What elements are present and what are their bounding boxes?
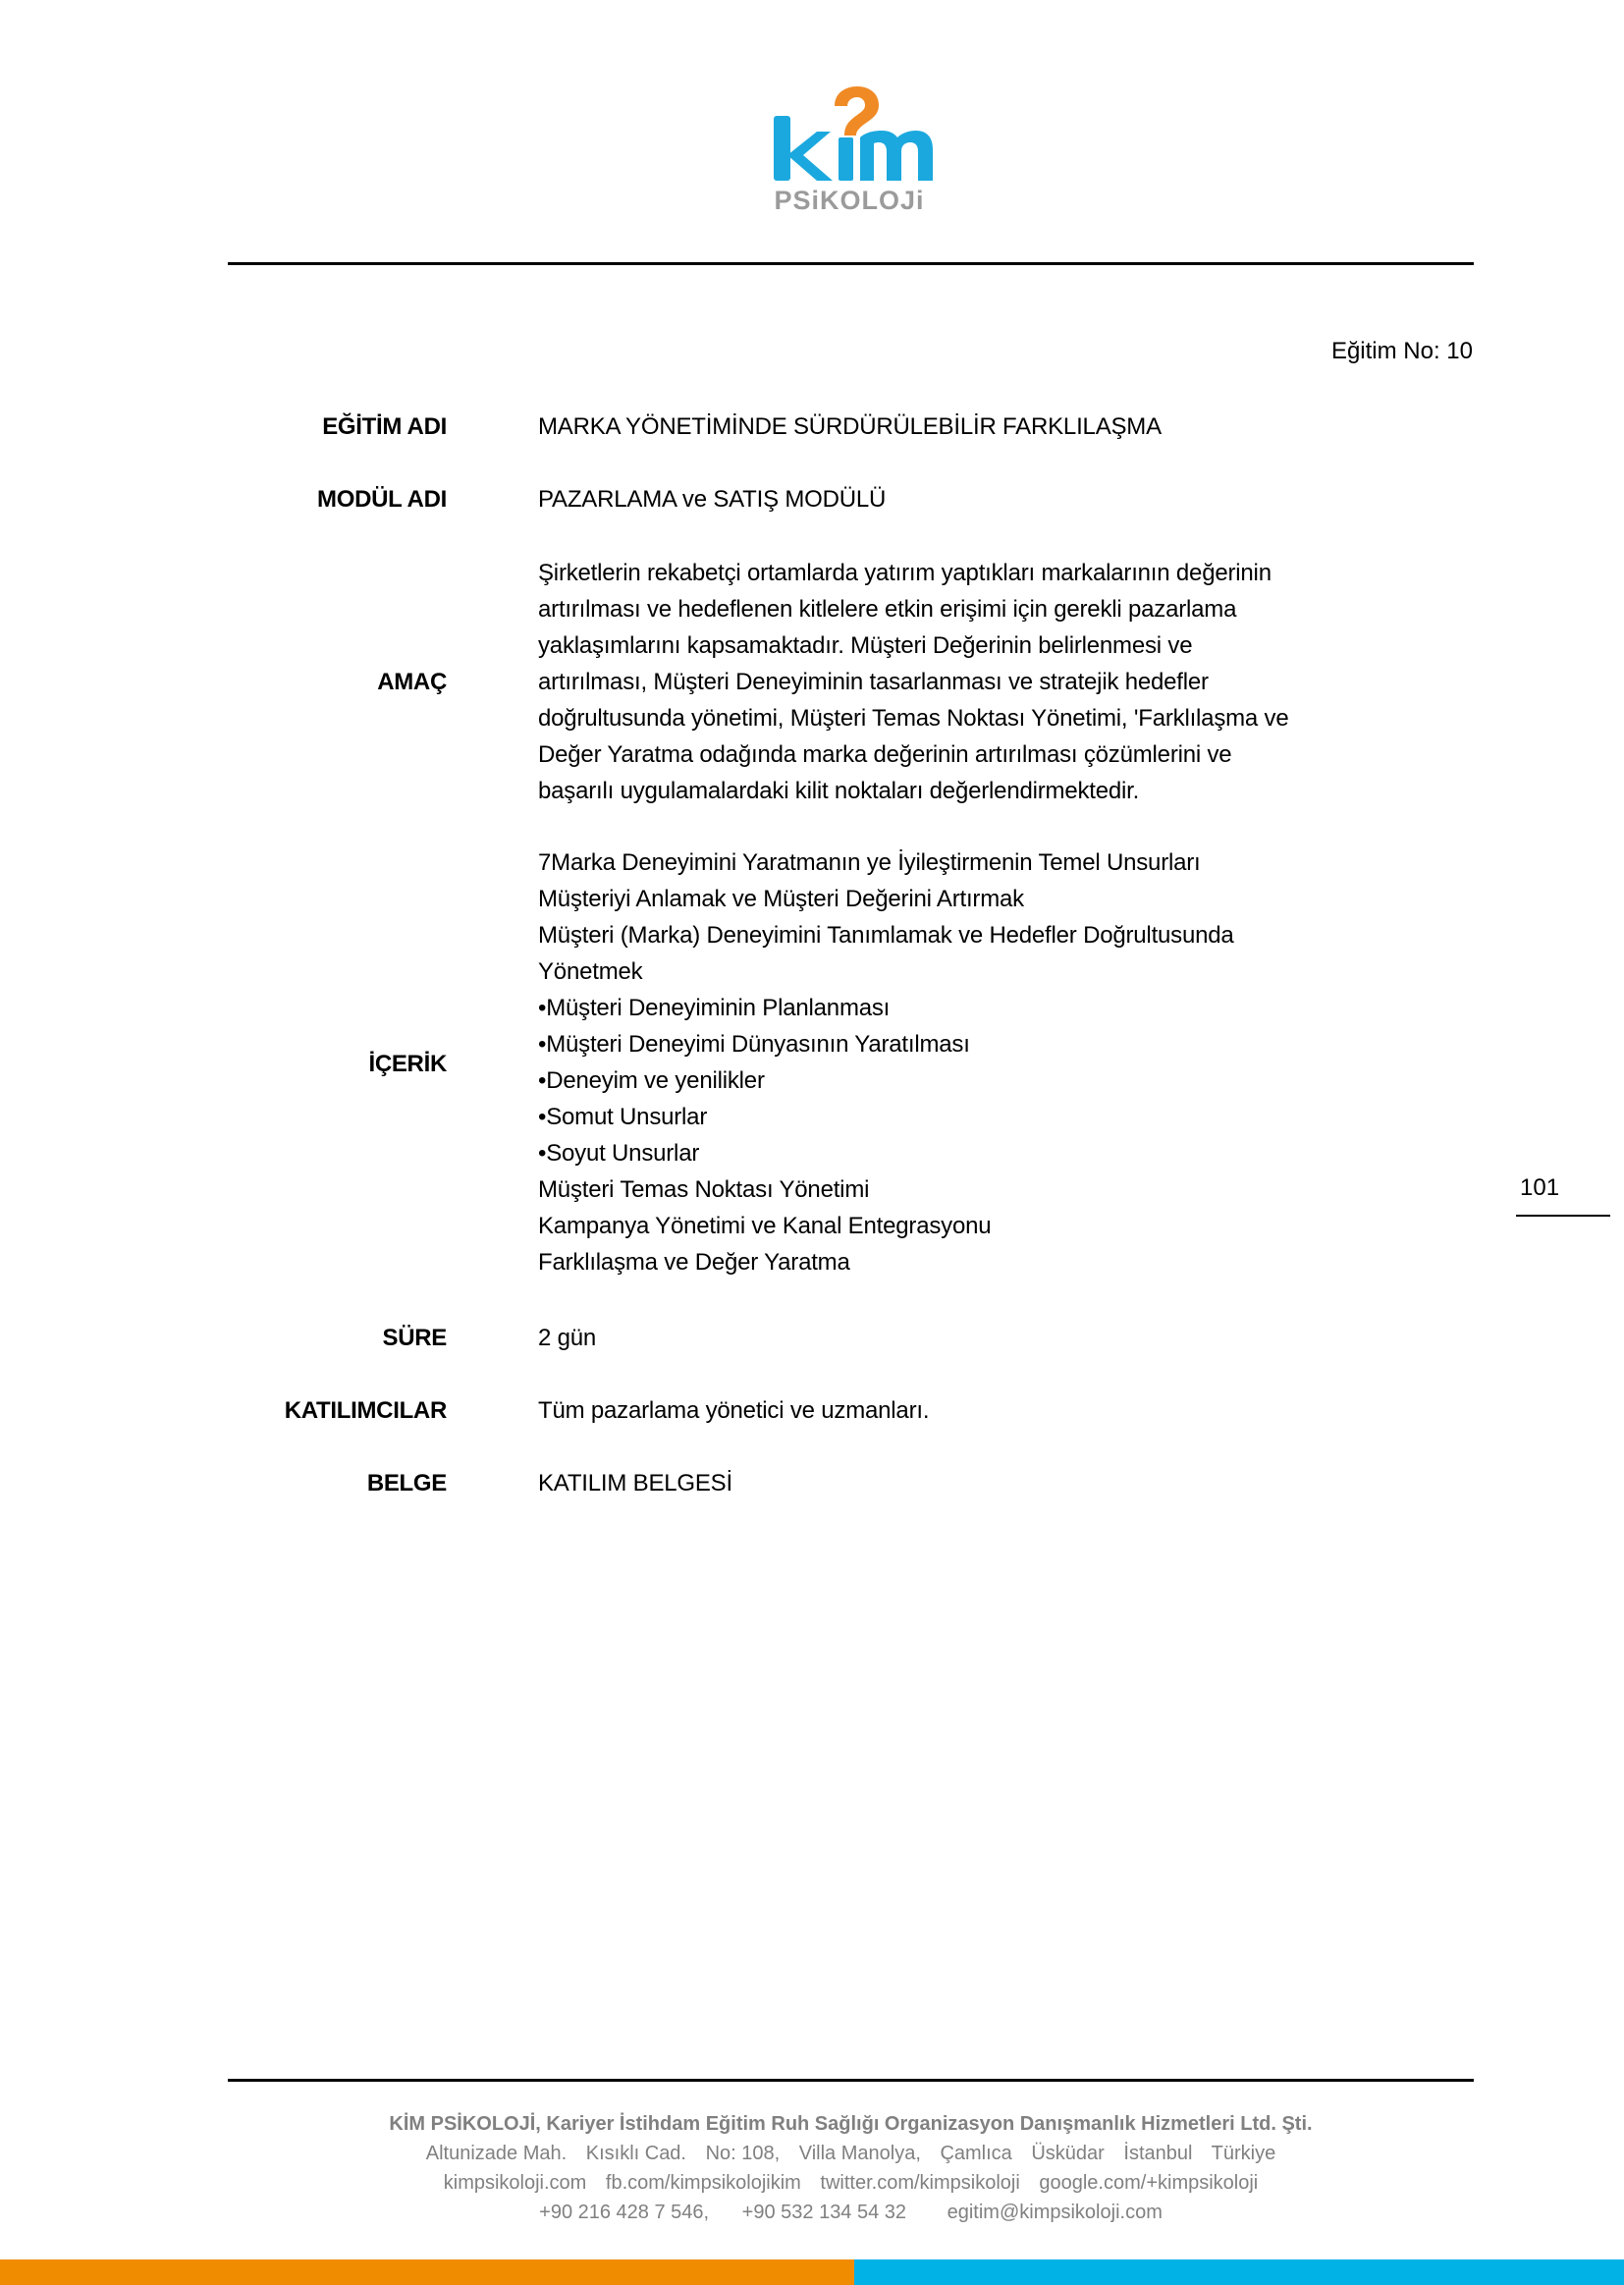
participants-label: KATILIMCILAR: [285, 1392, 447, 1429]
purpose-line: başarılı uygulamalardaki kilit noktaları…: [538, 773, 1461, 809]
logo-i-stem: [839, 137, 853, 181]
content-item: •Somut Unsurlar: [538, 1099, 1461, 1135]
content-item: •Soyut Unsurlar: [538, 1135, 1461, 1171]
content-item: Kampanya Yönetimi ve Kanal Entegrasyonu: [538, 1208, 1461, 1244]
duration-value: 2 gün: [538, 1320, 1461, 1356]
purpose-line: artırılması ve hedeflenen kitlelere etki…: [538, 591, 1461, 627]
footer-twitter-link[interactable]: twitter.com/kimpsikoloji: [820, 2172, 1019, 2194]
logo-k-arms: [787, 132, 833, 181]
content-item: Müşteriyi Anlamak ve Müşteri Değerini Ar…: [538, 881, 1461, 917]
footer-website-link[interactable]: kimpsikoloji.com: [444, 2172, 587, 2194]
logo-mark-icon: [766, 86, 933, 190]
participants-value: Tüm pazarlama yönetici ve uzmanları.: [538, 1392, 1461, 1429]
footer-address-part: Kısıklı Cad.: [586, 2143, 686, 2164]
logo-k-stem: [774, 116, 790, 181]
purpose-line: Şirketlerin rekabetçi ortamlarda yatırım…: [538, 555, 1461, 591]
content-item: •Deneyim ve yenilikler: [538, 1062, 1461, 1099]
training-number: Eğitim No: 10: [1331, 337, 1473, 366]
module-name-label: MODÜL ADI: [317, 481, 447, 517]
footer-google-link[interactable]: google.com/+kimpsikoloji: [1039, 2172, 1258, 2194]
logo-question-mark: [835, 86, 879, 136]
footer-email-link[interactable]: egitim@kimpsikoloji.com: [947, 2202, 1163, 2223]
content-item: Yönetmek: [538, 953, 1461, 990]
footer-bar-orange: [0, 2259, 854, 2285]
purpose-value: Şirketlerin rekabetçi ortamlarda yatırım…: [538, 555, 1461, 809]
purpose-label: AMAÇ: [377, 664, 447, 700]
footer-company-desc: Kariyer İstihdam Eğitim Ruh Sağlığı Orga…: [541, 2113, 1313, 2135]
purpose-line: Değer Yaratma odağında marka değerinin a…: [538, 736, 1461, 773]
logo-m: [860, 131, 933, 181]
footer-address-part: İstanbul: [1123, 2143, 1192, 2164]
purpose-line: yaklaşımlarını kapsamaktadır. Müşteri De…: [538, 627, 1461, 664]
footer-bar-blue: [854, 2259, 1624, 2285]
footer-address-part: Çamlıca: [940, 2143, 1011, 2164]
content-item: Farklılaşma ve Değer Yaratma: [538, 1244, 1461, 1280]
purpose-line: artırılması, Müşteri Deneyiminin tasarla…: [538, 664, 1461, 700]
content-label: İÇERİK: [368, 1046, 447, 1082]
logo-subtitle: PSiKOLOJi: [766, 186, 933, 216]
footer-phone-2: +90 532 134 54 32: [742, 2202, 906, 2223]
duration-label: SÜRE: [383, 1320, 447, 1356]
footer-address-line: Altunizade Mah. Kısıklı Cad. No: 108, Vi…: [228, 2139, 1474, 2168]
footer-company-name: KİM PSİKOLOJİ,: [389, 2113, 540, 2135]
page-number: 101: [1520, 1173, 1559, 1203]
purpose-line: doğrultusunda yönetimi, Müşteri Temas No…: [538, 700, 1461, 736]
page-number-underline: [1516, 1215, 1610, 1217]
footer-address-part: No: 108,: [706, 2143, 781, 2164]
footer-divider: [228, 2079, 1474, 2082]
footer-address-part: Villa Manolya,: [799, 2143, 921, 2164]
footer-address-part: Türkiye: [1212, 2143, 1276, 2164]
content-item: •Müşteri Deneyiminin Planlanması: [538, 990, 1461, 1026]
content-list: 7Marka Deneyimini Yaratmanın ye İyileşti…: [538, 844, 1461, 1280]
module-name-value: PAZARLAMA ve SATIŞ MODÜLÜ: [538, 481, 1461, 517]
certificate-label: BELGE: [367, 1465, 447, 1501]
content-item: 7Marka Deneyimini Yaratmanın ye İyileşti…: [538, 844, 1461, 881]
certificate-value: KATILIM BELGESİ: [538, 1465, 1461, 1501]
footer-contact-line: +90 216 428 7 546, +90 532 134 54 32 egi…: [228, 2198, 1474, 2227]
training-name-value: MARKA YÖNETİMİNDE SÜRDÜRÜLEBİLİR FARKLIL…: [538, 408, 1461, 445]
kim-psikoloji-logo: PSiKOLOJi: [766, 86, 933, 219]
footer: KİM PSİKOLOJİ, Kariyer İstihdam Eğitim R…: [228, 2109, 1474, 2227]
header-divider: [228, 262, 1474, 265]
footer-phone-1: +90 216 428 7 546,: [539, 2202, 709, 2223]
content-item: Müşteri Temas Noktası Yönetimi: [538, 1171, 1461, 1208]
training-name-label: EĞİTİM ADI: [322, 408, 447, 445]
footer-links-line: kimpsikoloji.com fb.com/kimpsikolojikim …: [228, 2168, 1474, 2198]
footer-address-part: Üsküdar: [1031, 2143, 1104, 2164]
footer-company-line: KİM PSİKOLOJİ, Kariyer İstihdam Eğitim R…: [228, 2109, 1474, 2139]
footer-facebook-link[interactable]: fb.com/kimpsikolojikim: [606, 2172, 801, 2194]
footer-address-part: Altunizade Mah.: [426, 2143, 567, 2164]
content-item: Müşteri (Marka) Deneyimini Tanımlamak ve…: [538, 917, 1461, 953]
content-item: •Müşteri Deneyimi Dünyasının Yaratılması: [538, 1026, 1461, 1062]
